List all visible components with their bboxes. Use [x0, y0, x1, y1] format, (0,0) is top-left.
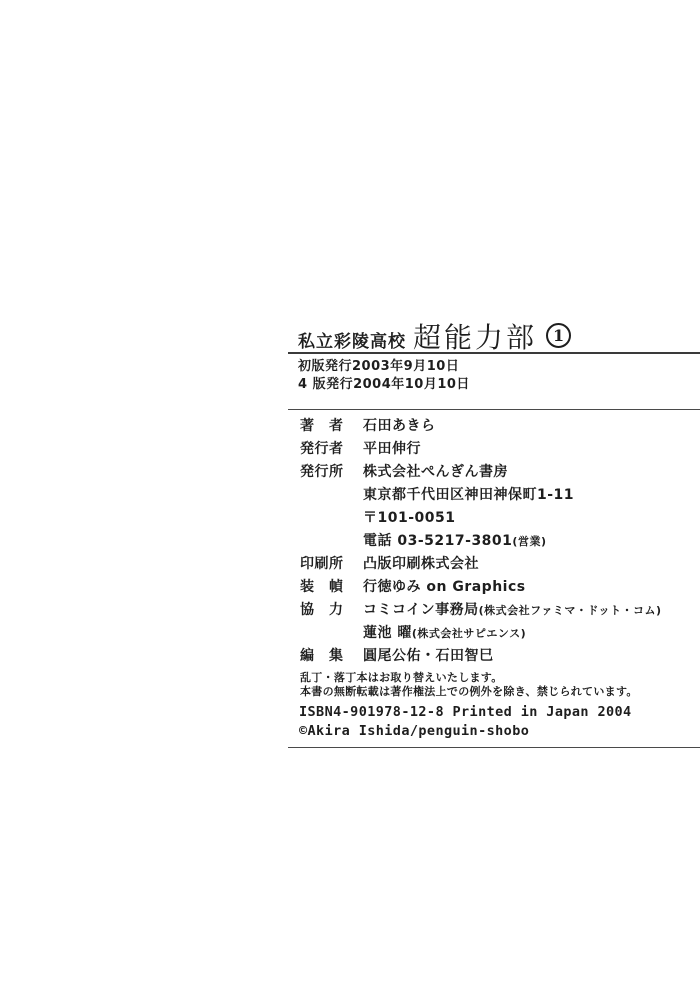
row-label	[300, 484, 346, 507]
row-telephone: 電話 03-5217-3801(営業)	[288, 530, 700, 553]
row-label: 編 集	[300, 645, 346, 668]
volume-number-badge: 1	[546, 323, 571, 348]
colophon-table: 著 者 石田あきら 発行者 平田伸行 発行所 株式会社ぺんぎん書房 東京都千代田…	[288, 415, 700, 668]
row-label	[300, 507, 346, 530]
scanned-book-page: 私立彩陵高校 超能力部 1 初版発行2003年9月10日 4 版発行2004年1…	[0, 0, 700, 1000]
row-author: 著 者 石田あきら	[288, 415, 700, 438]
row-label: 著 者	[300, 415, 346, 438]
row-value: 電話 03-5217-3801	[363, 533, 512, 549]
row-address: 東京都千代田区神田神保町1-11	[288, 484, 700, 507]
row-value: 蓮池 曜	[363, 625, 412, 641]
row-value: 東京都千代田区神田神保町1-11	[363, 487, 574, 503]
colophon-block: 私立彩陵高校 超能力部 1 初版発行2003年9月10日 4 版発行2004年1…	[288, 316, 700, 748]
row-value: 〒101-0051	[363, 510, 456, 526]
row-publishing-house: 発行所 株式会社ぺんぎん書房	[288, 461, 700, 484]
row-publisher-person: 発行者 平田伸行	[288, 438, 700, 461]
row-value-small: (株式会社ファミマ・ドット・コム)	[479, 604, 662, 617]
row-value: 行徳ゆみ on Graphics	[363, 579, 526, 595]
row-value: 平田伸行	[363, 441, 421, 457]
row-printer: 印刷所 凸版印刷株式会社	[288, 553, 700, 576]
row-postal-code: 〒101-0051	[288, 507, 700, 530]
row-label	[300, 622, 346, 645]
replacement-note: 乱丁・落丁本はお取り替えいたします。	[300, 671, 700, 685]
row-value-small: (営業)	[512, 535, 546, 548]
edition-dates: 初版発行2003年9月10日 4 版発行2004年10月10日	[288, 358, 700, 394]
isbn-copyright-block: ISBN4-901978-12-8 Printed in Japan 2004 …	[288, 703, 700, 741]
row-label: 発行所	[300, 461, 346, 484]
row-value: 石田あきら	[363, 418, 436, 434]
legal-notes: 乱丁・落丁本はお取り替えいたします。 本書の無断転載は著作権法上での例外を除き、…	[288, 671, 700, 699]
isbn-line: ISBN4-901978-12-8 Printed in Japan 2004	[299, 703, 700, 722]
row-value: 株式会社ぺんぎん書房	[363, 464, 508, 480]
first-edition-date: 初版発行2003年9月10日	[298, 358, 700, 376]
row-label	[300, 530, 346, 553]
book-title: 私立彩陵高校 超能力部 1	[288, 316, 700, 349]
row-cooperation-2: 蓮池 曜(株式会社サピエンス)	[288, 622, 700, 645]
book-title-school: 私立彩陵高校	[298, 327, 406, 352]
row-label: 装 幀	[300, 576, 346, 599]
copyright-note: 本書の無断転載は著作権法上での例外を除き、禁じられています。	[300, 685, 700, 699]
row-binding-design: 装 幀 行徳ゆみ on Graphics	[288, 576, 700, 599]
row-value: コミコイン事務局	[363, 602, 479, 618]
fourth-edition-date: 4 版発行2004年10月10日	[298, 376, 700, 394]
row-editors: 編 集 圓尾公佑・石田智巳	[288, 645, 700, 668]
copyright-line: ©Akira Ishida/penguin-shobo	[299, 722, 700, 741]
book-title-main: 超能力部	[413, 316, 537, 356]
row-label: 発行者	[300, 438, 346, 461]
row-value-small: (株式会社サピエンス)	[412, 627, 526, 640]
divider-bottom	[288, 747, 700, 748]
row-label: 協 力	[300, 599, 346, 622]
row-value: 圓尾公佑・石田智巳	[363, 648, 494, 664]
row-cooperation: 協 力 コミコイン事務局(株式会社ファミマ・ドット・コム)	[288, 599, 700, 622]
row-value: 凸版印刷株式会社	[363, 556, 479, 572]
divider-under-dates	[288, 409, 700, 410]
row-label: 印刷所	[300, 553, 346, 576]
